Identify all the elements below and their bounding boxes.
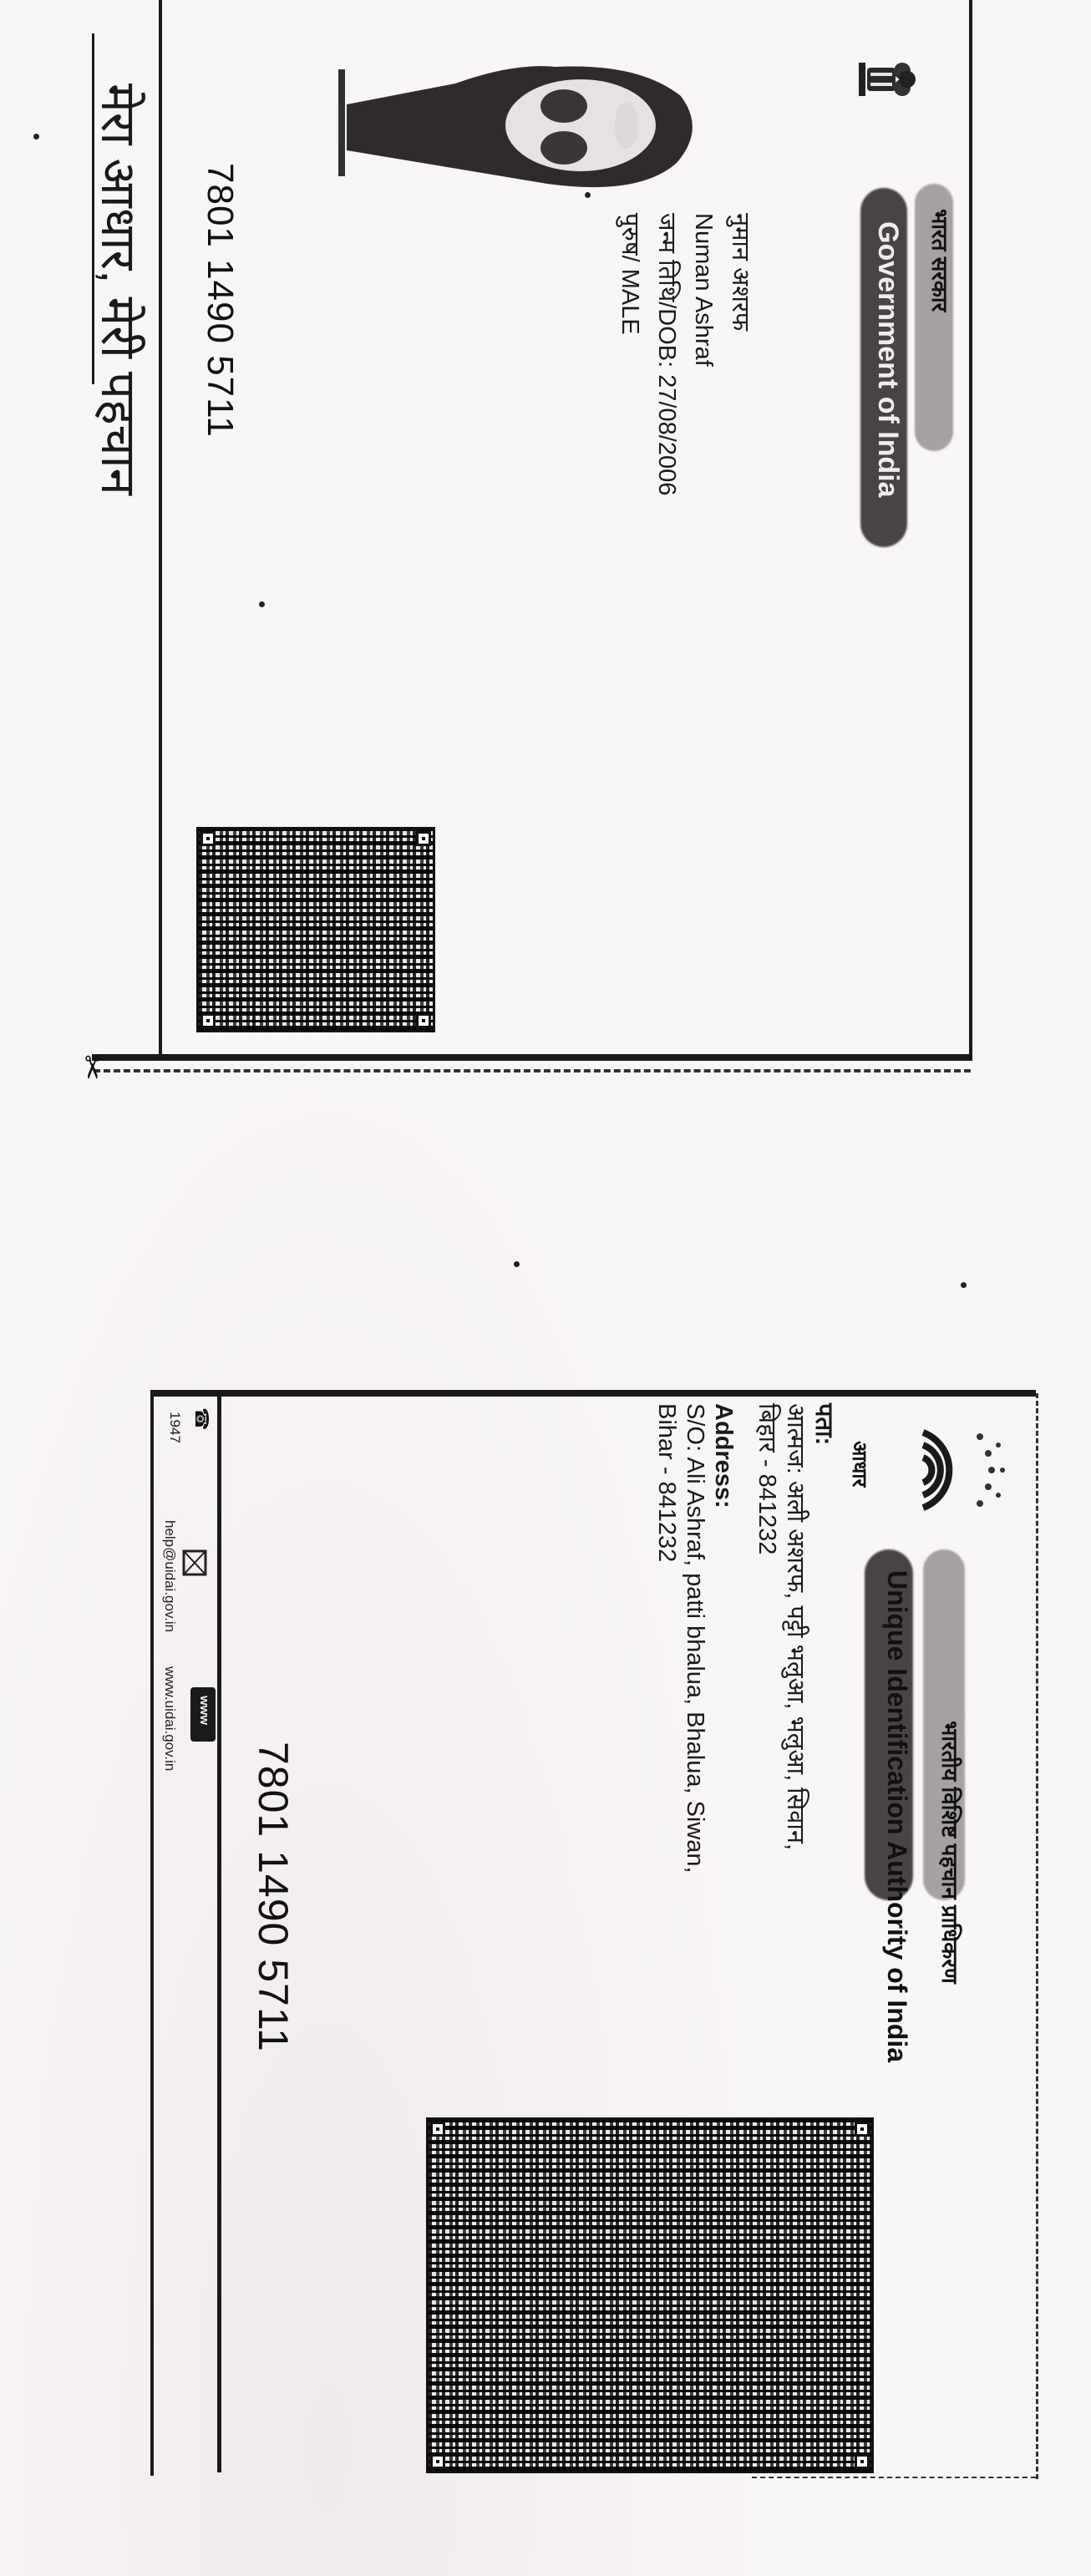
authority-english: Unique Identification Authority of India bbox=[884, 1570, 911, 2062]
address-label-english: Address: bbox=[711, 1403, 735, 1509]
www-badge-text: www bbox=[198, 1696, 211, 1725]
dust-speck bbox=[33, 134, 39, 139]
aadhaar-logo-icon bbox=[906, 1412, 1023, 1529]
address-english-line2: Bihar - 841232 bbox=[654, 1403, 678, 1562]
back-card-top-border bbox=[150, 1390, 1036, 1397]
aadhaar-logo-text: आधार bbox=[849, 1441, 869, 1487]
front-card-bottom-border bbox=[92, 1054, 972, 1061]
cut-line bbox=[94, 1069, 971, 1072]
dust-speck bbox=[514, 1261, 520, 1267]
dob-line: जन्म तिथि/DOB: 27/08/2006 bbox=[654, 213, 678, 495]
back-card-right-border bbox=[1036, 1393, 1038, 2479]
tagline: मेरा आधार, मेरी पहचान bbox=[94, 84, 142, 495]
dust-speck bbox=[259, 601, 265, 607]
dust-speck bbox=[961, 1282, 967, 1288]
name-english: Numan Ashraf bbox=[691, 213, 715, 367]
envelope-icon bbox=[182, 1549, 207, 1576]
www-badge: www bbox=[190, 1687, 216, 1742]
footer-divider bbox=[217, 1395, 221, 2472]
qr-code-icon bbox=[196, 827, 435, 1032]
state-emblem-icon bbox=[852, 46, 919, 113]
holder-photo bbox=[338, 46, 706, 200]
qr-code-icon bbox=[426, 2117, 874, 2473]
front-card-right-border bbox=[969, 0, 972, 1061]
address-hindi-line2: बिहार - 841232 bbox=[754, 1403, 779, 1554]
name-hindi: नुमान अशरफ bbox=[728, 213, 752, 331]
help-email[interactable]: help@uidai.gov.in bbox=[163, 1520, 177, 1632]
aadhaar-number-front: 7801 1490 5711 bbox=[201, 163, 238, 438]
gender-line: पुरुष/ MALE bbox=[617, 213, 642, 335]
gov-hindi-text: भारत सरकार bbox=[929, 209, 951, 312]
gov-english-text: Government of India bbox=[874, 221, 902, 498]
back-card-left-border bbox=[150, 1390, 154, 2476]
front-card-left-border bbox=[159, 0, 162, 1054]
dust-speck bbox=[585, 192, 591, 198]
back-card-bottom-border bbox=[752, 2477, 1036, 2478]
phone-icon: ☎ bbox=[192, 1407, 211, 1430]
scissors-icon: ✂ bbox=[75, 1054, 107, 1081]
helpline-number: 1947 bbox=[168, 1412, 182, 1443]
authority-hindi: भारतीय विशिष्ट पहचान प्राधिकरण bbox=[939, 1721, 961, 1984]
aadhaar-number-back: 7801 1490 5711 bbox=[252, 1742, 294, 2052]
address-hindi-line1: आत्मज: अली अशरफ, पट्टी भलुआ, भलुआ, सिवान… bbox=[783, 1403, 807, 1850]
address-english-line1: S/O: Ali Ashraf, patti bhalua, Bhalua, S… bbox=[683, 1403, 707, 1874]
address-label-hindi: पता: bbox=[811, 1403, 835, 1445]
website[interactable]: www.uidai.gov.in bbox=[163, 1666, 177, 1771]
